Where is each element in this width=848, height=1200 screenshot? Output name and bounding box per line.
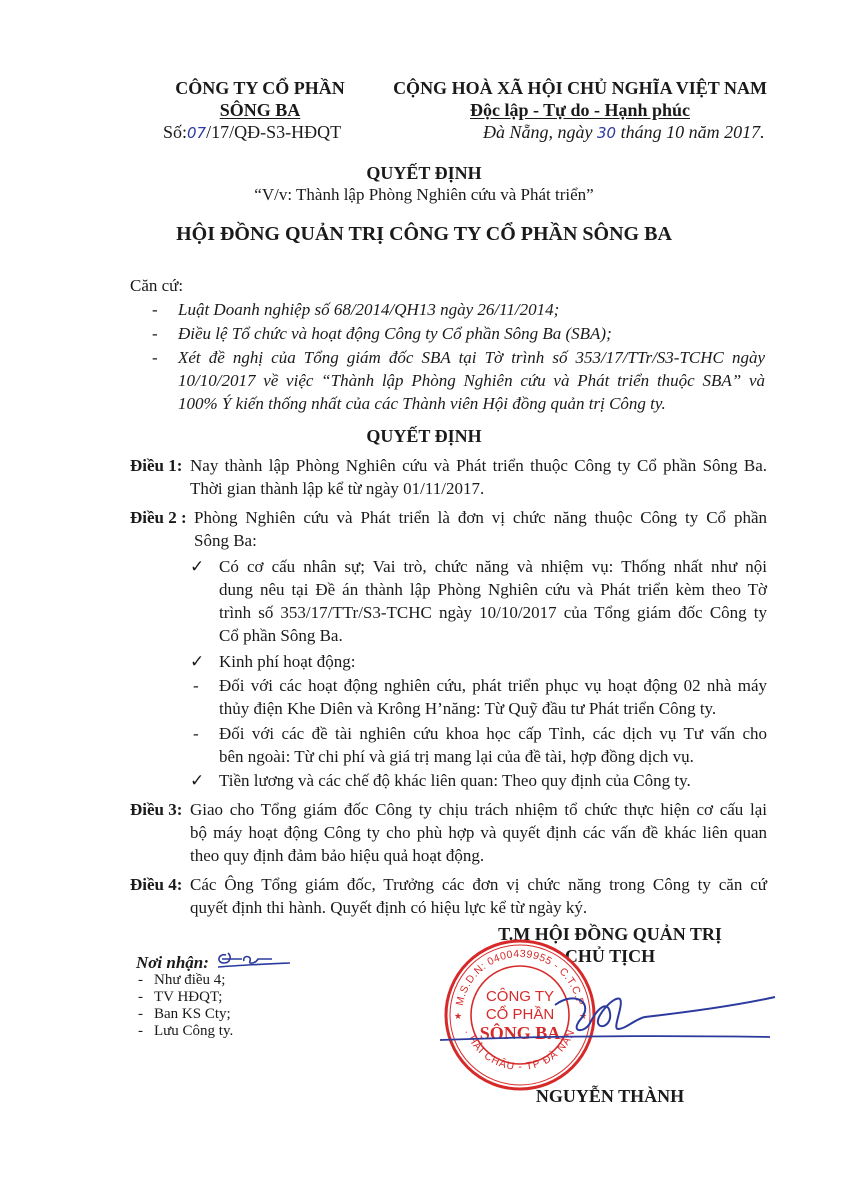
decision-title: QUYẾT ĐỊNH — [0, 163, 848, 184]
document-date: Đà Nẵng, ngày 30 tháng 10 năm 2017. — [483, 122, 765, 143]
bullet-dash: - — [138, 1023, 143, 1040]
basis-item: Xét đề nghị của Tổng giám đốc SBA tại Tờ… — [178, 348, 765, 368]
document-number-suffix: /17/QĐ-S3-HĐQT — [206, 122, 341, 142]
company-name: CÔNG TY CỔ PHẦN — [160, 78, 360, 99]
article-2-item: Kinh phí hoạt động: — [219, 652, 355, 672]
initial-signature — [212, 945, 292, 973]
article-1-label: Điều 1: — [130, 456, 182, 476]
checkmark-icon: ✓ — [190, 557, 204, 577]
basis-label: Căn cứ: — [130, 276, 183, 296]
article-2-item: dung nêu tại Đề án thành lập Phòng Nghiê… — [219, 580, 767, 600]
recipient-item: Lưu Công ty. — [154, 1023, 233, 1040]
decision-heading: QUYẾT ĐỊNH — [0, 426, 848, 447]
article-3-text: Giao cho Tổng giám đốc Công ty chịu trác… — [190, 800, 767, 820]
article-2-item: Cổ phần Sông Ba. — [219, 626, 343, 646]
signatory-name: NGUYỄN THÀNH — [460, 1086, 760, 1107]
bullet-dash: - — [152, 300, 158, 320]
article-2-subitem: thủy điện Khe Diên và Krông H’năng: Từ Q… — [219, 699, 716, 719]
recipient-item: TV HĐQT; — [154, 989, 222, 1006]
article-1-text: Nay thành lập Phòng Nghiên cứu và Phát t… — [190, 456, 767, 476]
basis-item: Điều lệ Tổ chức và hoạt động Công ty Cổ … — [178, 324, 612, 344]
article-2-label: Điều 2 : — [130, 508, 187, 528]
article-4-label: Điều 4: — [130, 875, 182, 895]
bullet-dash: - — [138, 1006, 143, 1023]
article-2-item: Có cơ cấu nhân sự; Vai trò, chức năng và… — [219, 557, 767, 577]
article-2-subitem: Đối với các đề tài nghiên cứu khoa học c… — [219, 724, 767, 744]
article-2-text: Phòng Nghiên cứu và Phát triển là đơn vị… — [194, 508, 767, 528]
article-2-item: Tiền lương và các chế độ khác liên quan:… — [219, 771, 691, 791]
decision-subject: “V/v: Thành lập Phòng Nghiên cứu và Phát… — [0, 185, 848, 205]
basis-item-continued: 100% Ý kiến thống nhất của các Thành viê… — [178, 394, 666, 414]
issuing-authority: HỘI ĐỒNG QUẢN TRỊ CÔNG TY CỔ PHẦN SÔNG B… — [0, 223, 848, 246]
company-short-name: SÔNG BA — [160, 100, 360, 121]
checkmark-icon: ✓ — [190, 652, 204, 672]
basis-item-continued: 10/10/2017 về việc “Thành lập Phòng Nghi… — [178, 371, 765, 391]
article-2-subitem: bên ngoài: Từ chi phí và giá trị mang lạ… — [219, 747, 694, 767]
article-3-label: Điều 3: — [130, 800, 182, 820]
article-3-text: bộ máy hoạt động Công ty cho phù hợp và … — [190, 823, 767, 843]
recipient-item: Ban KS Cty; — [154, 1006, 231, 1023]
basis-item: Luật Doanh nghiệp số 68/2014/QH13 ngày 2… — [178, 300, 559, 320]
article-3-text: theo quy định đảm bảo hiệu quả hoạt động… — [190, 846, 484, 866]
article-4-text: quyết định thi hành. Quyết định có hiệu … — [190, 898, 587, 918]
document-number-prefix: Số: — [163, 122, 187, 142]
bullet-dash: - — [152, 348, 158, 368]
article-2-subitem: Đối với các hoạt động nghiên cứu, phát t… — [219, 676, 767, 696]
date-suffix: tháng 10 năm 2017. — [616, 122, 765, 142]
document-number-handwritten: 07 — [187, 124, 206, 142]
national-title: CỘNG HOÀ XÃ HỘI CHỦ NGHĨA VIỆT NAM — [390, 78, 770, 99]
document-number: Số:07/17/QĐ-S3-HĐQT — [163, 122, 341, 143]
national-motto: Độc lập - Tự do - Hạnh phúc — [390, 100, 770, 121]
bullet-dash: - — [193, 676, 199, 696]
checkmark-icon: ✓ — [190, 771, 204, 791]
recipient-item: Như điều 4; — [154, 972, 225, 989]
bullet-dash: - — [138, 972, 143, 989]
date-prefix: Đà Nẵng, ngày — [483, 122, 597, 142]
recipients-label: Nơi nhận: — [136, 953, 209, 973]
article-4-text: Các Ông Tổng giám đốc, Trưởng các đơn vị… — [190, 875, 767, 895]
article-2-text: Sông Ba: — [194, 531, 257, 551]
bullet-dash: - — [138, 989, 143, 1006]
article-1-text: Thời gian thành lập kể từ ngày 01/11/201… — [190, 479, 484, 499]
chairman-signature — [440, 985, 780, 1055]
date-day-handwritten: 30 — [597, 124, 616, 142]
bullet-dash: - — [152, 324, 158, 344]
article-2-item: trình số 353/17/TTr/S3-TCHC ngày 10/10/2… — [219, 603, 767, 623]
bullet-dash: - — [193, 724, 199, 744]
